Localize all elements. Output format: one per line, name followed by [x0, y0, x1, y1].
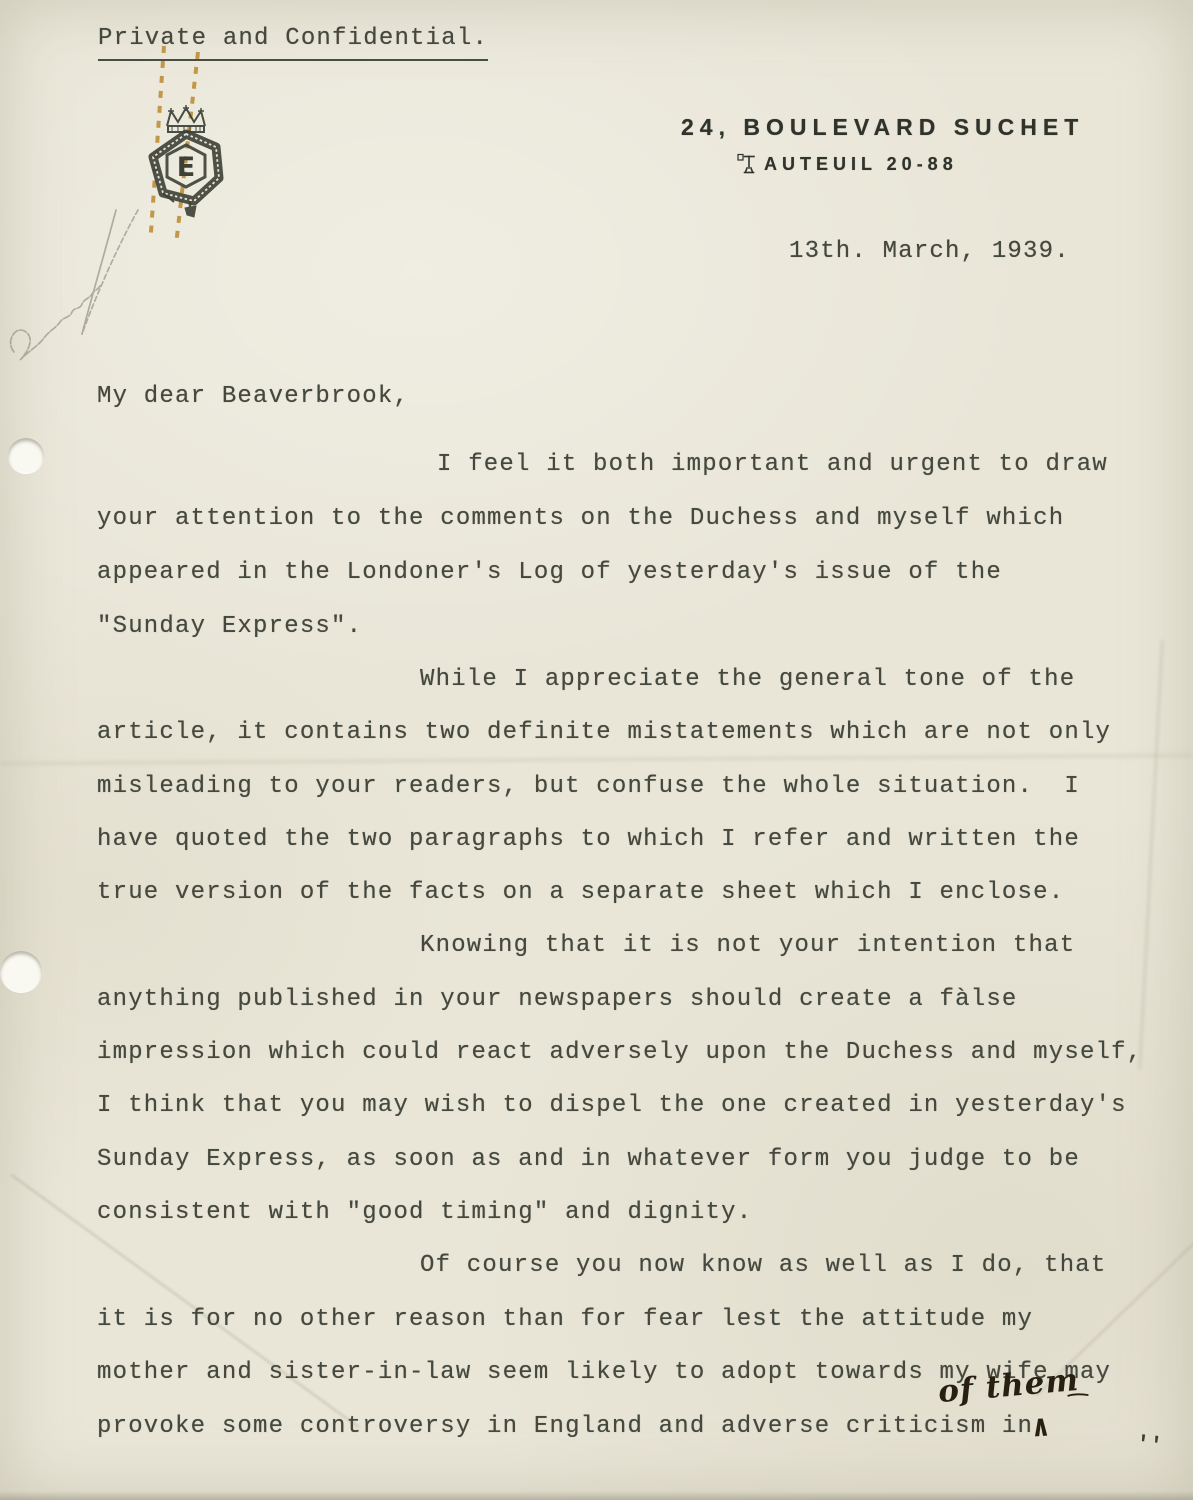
letter-line: your attention to the comments on the Du… — [97, 504, 1064, 534]
letter-line: impression which could react adversely u… — [97, 1038, 1142, 1068]
letter-line: I feel it both important and urgent to d… — [437, 450, 1108, 480]
telephone-icon — [737, 153, 755, 175]
letter-line: consistent with "good timing" and dignit… — [97, 1198, 752, 1228]
stray-ink-mark: '' — [1135, 1432, 1164, 1460]
letter-date: 13th. March, 1939. — [789, 237, 1070, 267]
salutation: My dear Beaverbrook, — [97, 382, 409, 412]
letter-line: Knowing that it is not your intention th… — [420, 931, 1075, 961]
crest-crown-garter-icon: E — [138, 101, 234, 219]
letter-line: it is for no other reason than for fear … — [97, 1305, 1033, 1335]
letter-line: I think that you may wish to dispel the … — [97, 1091, 1127, 1121]
letterhead-phone-row: AUTEUIL 20-88 — [737, 153, 958, 175]
letter-line: "Sunday Express". — [97, 612, 362, 642]
letter-line: article, it contains two definite mistat… — [97, 718, 1111, 748]
paper-edge-shadow — [0, 1491, 1193, 1500]
letter-line: While I appreciate the general tone of t… — [420, 665, 1075, 695]
punch-hole — [0, 951, 42, 993]
letterhead-address: 24, BOULEVARD SUCHET — [681, 114, 1084, 141]
letter-page: E Private and Confidential. 24, BOULEVAR… — [0, 0, 1193, 1500]
letterhead-phone: AUTEUIL 20-88 — [764, 154, 958, 175]
letter-line: anything published in your newspapers sh… — [97, 985, 1018, 1015]
letter-line: Sunday Express, as soon as and in whatev… — [97, 1145, 1080, 1175]
letter-line: appeared in the Londoner's Log of yester… — [97, 558, 1002, 588]
letter-line: misleading to your readers, but confuse … — [97, 772, 1080, 802]
insertion-caret-mark: ∧ — [1030, 1408, 1051, 1444]
letter-line: true version of the facts on a separate … — [97, 878, 1064, 908]
letter-line: have quoted the two paragraphs to which … — [97, 825, 1080, 855]
letter-line: Of course you now know as well as I do, … — [420, 1251, 1107, 1281]
pencil-scribble-annotation — [0, 196, 170, 371]
punch-hole — [8, 438, 44, 474]
letter-line: provoke some controversy in England and … — [97, 1412, 1033, 1442]
handwriting-flourish — [1064, 1392, 1092, 1398]
paper-crease — [0, 752, 1193, 767]
paper-crease — [1139, 640, 1164, 1070]
classification-header: Private and Confidential. — [98, 24, 488, 61]
crest-monogram: E — [177, 152, 195, 183]
